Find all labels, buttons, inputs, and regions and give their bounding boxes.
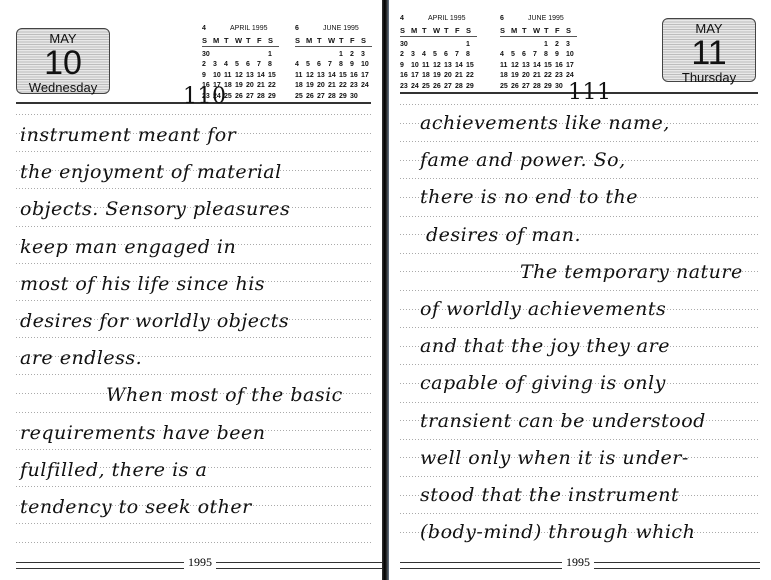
calendar-day: 7: [328, 60, 339, 71]
calendar-day: 28: [455, 81, 466, 92]
handwritten-line: there is no end to the: [420, 186, 638, 208]
calendar-day: [246, 47, 257, 60]
calendar-week: 45678910: [295, 60, 372, 71]
calendar-day: 13: [522, 60, 533, 71]
handwritten-line: transient can be understood: [420, 410, 706, 432]
handwritten-line: tendency to seek other: [20, 496, 252, 518]
calendar-day: [433, 37, 444, 50]
date-box-right: MAY 11 Thursday: [662, 18, 756, 82]
calendar-day: [444, 37, 455, 50]
handwritten-line: most of his life since his: [20, 273, 265, 295]
calendar-day: 7: [455, 50, 466, 61]
weekday-label: T: [224, 34, 235, 47]
handwritten-line: (body-mind) through which: [420, 521, 695, 543]
calendar-day: 11: [422, 60, 433, 71]
calendar-month-number: 6: [500, 15, 504, 22]
calendar-day: [500, 37, 511, 50]
calendar-day: 19: [511, 71, 522, 82]
weekday-label: T: [544, 24, 555, 37]
calendar-month-number: 6: [295, 25, 299, 32]
handwritten-line: desires of man.: [426, 224, 581, 246]
calendar-day: [328, 47, 339, 60]
calendar-day: 14: [455, 60, 466, 71]
calendar-title: JUNE 1995: [323, 25, 359, 32]
calendar-week: 9101112131415: [202, 70, 279, 81]
date-weekday: Wednesday: [17, 80, 109, 95]
calendar-day: [511, 37, 522, 50]
calendar-week: 16171819202122: [400, 71, 477, 82]
calendar-week: 9101112131415: [400, 60, 477, 71]
weekday-label: F: [455, 24, 466, 37]
calendar-day: 12: [235, 70, 246, 81]
calendar-week: 123: [295, 47, 372, 60]
calendar-day: [422, 37, 433, 50]
calendar-day: 3: [213, 60, 224, 71]
calendar-day: [361, 91, 372, 102]
calendar-day: 5: [306, 60, 317, 71]
calendar-day: 11: [295, 70, 306, 81]
dotted-rule: [400, 141, 758, 142]
weekday-label: S: [361, 34, 372, 47]
calendar-day: [411, 37, 422, 50]
calendar-day: 15: [268, 70, 279, 81]
mini-calendar-june: 6JUNE 1995SMTWTFS12345678910111213141516…: [295, 25, 372, 102]
calendar-week: 45678910: [500, 50, 577, 61]
calendar-header: 4APRIL 1995: [202, 25, 279, 34]
calendar-day: 27: [522, 81, 533, 92]
weekday-label: W: [533, 24, 544, 37]
calendar-day: 3: [361, 47, 372, 60]
calendar-day: 20: [522, 71, 533, 82]
weekday-label: T: [246, 34, 257, 47]
weekday-label: M: [411, 24, 422, 37]
calendar-day: 29: [268, 91, 279, 102]
handwritten-line: and that the joy they are: [420, 335, 670, 357]
calendar-title: APRIL 1995: [428, 15, 466, 22]
calendar-week: 2345678: [202, 60, 279, 71]
calendar-day: 17: [411, 71, 422, 82]
calendar-day: 10: [213, 70, 224, 81]
calendar-day: 19: [306, 81, 317, 92]
calendar-day: 9: [555, 50, 566, 61]
calendar-day: 19: [433, 71, 444, 82]
calendar-day: 6: [522, 50, 533, 61]
calendar-day: 12: [511, 60, 522, 71]
book-spine: [382, 0, 389, 580]
calendar-title: APRIL 1995: [230, 25, 268, 32]
calendar-day: 5: [511, 50, 522, 61]
calendar-day: 24: [411, 81, 422, 92]
dotted-rule: [400, 402, 758, 403]
handwritten-line: capable of giving is only: [420, 372, 666, 394]
calendar-day: 18: [500, 71, 511, 82]
weekday-label: S: [566, 24, 577, 37]
weekday-label: M: [306, 34, 317, 47]
calendar-day: 14: [328, 70, 339, 81]
calendar-day: 3: [411, 50, 422, 61]
calendar-day: 1: [339, 47, 350, 60]
calendar-day: 25: [500, 81, 511, 92]
calendar-day: [295, 47, 306, 60]
calendar-day: 21: [533, 71, 544, 82]
calendar-day: 14: [533, 60, 544, 71]
calendar-day: 11: [224, 70, 235, 81]
calendar-day: 1: [268, 47, 279, 60]
calendar-week: 23242526272829: [400, 81, 477, 92]
dotted-rule: [16, 486, 371, 487]
calendar-day: 9: [350, 60, 361, 71]
calendar-day: 8: [544, 50, 555, 61]
calendar-day: 29: [466, 81, 477, 92]
handwritten-line: fame and power. So,: [420, 149, 626, 171]
calendar-header: 6JUNE 1995: [500, 15, 577, 24]
calendar-day: 15: [544, 60, 555, 71]
dotted-rule: [16, 374, 371, 375]
weekday-label: F: [350, 34, 361, 47]
calendar-day: 21: [328, 81, 339, 92]
calendar-day: 13: [317, 70, 328, 81]
calendar-day: 2: [555, 37, 566, 50]
weekday-label: T: [339, 34, 350, 47]
calendar-day: 4: [224, 60, 235, 71]
calendar-day: 26: [306, 91, 317, 102]
dotted-rule: [16, 337, 371, 338]
calendar-day: 6: [246, 60, 257, 71]
calendar-day: [317, 47, 328, 60]
calendar-day: 17: [361, 70, 372, 81]
dotted-rule: [16, 114, 371, 115]
handwritten-line: desires for worldly objects: [20, 310, 289, 332]
weekday-label: S: [466, 24, 477, 37]
calendar-day: 7: [533, 50, 544, 61]
dotted-rule: [400, 327, 758, 328]
calendar-week: 2345678: [400, 50, 477, 61]
calendar-day: [213, 47, 224, 60]
calendar-day: 22: [268, 81, 279, 92]
calendar-day: 6: [317, 60, 328, 71]
calendar-day: 10: [411, 60, 422, 71]
handwritten-line: are endless.: [20, 347, 142, 369]
dotted-rule: [16, 300, 371, 301]
calendar-title: JUNE 1995: [528, 15, 564, 22]
weekday-label: T: [317, 34, 328, 47]
calendar-day: 4: [422, 50, 433, 61]
calendar-month-number: 4: [202, 25, 206, 32]
dotted-rule: [16, 449, 371, 450]
calendar-day: 16: [350, 70, 361, 81]
calendar-day: 8: [339, 60, 350, 71]
calendar-day: 17: [566, 60, 577, 71]
calendar-week: 18192021222324: [295, 81, 372, 92]
weekday-label: S: [202, 34, 213, 47]
calendar-day: 22: [339, 81, 350, 92]
weekday-label: T: [444, 24, 455, 37]
calendar-day: 26: [235, 91, 246, 102]
calendar-day: 10: [361, 60, 372, 71]
calendar-week: 123: [500, 37, 577, 50]
dotted-rule: [16, 188, 371, 189]
dotted-rule: [16, 151, 371, 152]
calendar-day: 21: [455, 71, 466, 82]
diary-page-left: MAY 10 Wednesday 4APRIL 1995SMTWTFS30123…: [0, 0, 384, 580]
calendar-day: 15: [466, 60, 477, 71]
calendar-day: 23: [555, 71, 566, 82]
calendar-day: 18: [295, 81, 306, 92]
calendar-day: 24: [361, 81, 372, 92]
page-footer: 1995: [400, 555, 760, 575]
calendar-day: 26: [511, 81, 522, 92]
calendar-day: 29: [339, 91, 350, 102]
calendar-day: 9: [202, 70, 213, 81]
date-day: 11: [663, 36, 755, 70]
calendar-day: 2: [350, 47, 361, 60]
calendar-grid: SMTWTFS123456789101112131415161718192021…: [500, 24, 577, 92]
calendar-day: 11: [500, 60, 511, 71]
calendar-day: [533, 37, 544, 50]
calendar-day: 15: [339, 70, 350, 81]
calendar-week: 252627282930: [295, 91, 372, 102]
calendar-day: 13: [246, 70, 257, 81]
handwritten-line: objects. Sensory pleasures: [20, 198, 290, 220]
handwritten-line: When most of the basic: [106, 384, 343, 406]
calendar-header: 4APRIL 1995: [400, 15, 477, 24]
calendar-week: 252627282930: [500, 81, 577, 92]
dotted-rule: [16, 412, 371, 413]
calendar-week: 11121314151617: [295, 70, 372, 81]
calendar-day: [235, 47, 246, 60]
calendar-day: 2: [400, 50, 411, 61]
dotted-rule: [400, 439, 758, 440]
dotted-rule: [16, 263, 371, 264]
calendar-day: 25: [422, 81, 433, 92]
weekday-label: S: [268, 34, 279, 47]
calendar-day: [224, 47, 235, 60]
calendar-day: 16: [555, 60, 566, 71]
calendar-week: 11121314151617: [500, 60, 577, 71]
handwritten-line: fulfilled, there is a: [20, 459, 207, 481]
dotted-rule: [16, 523, 371, 524]
calendar-grid: SMTWTFS123456789101112131415161718192021…: [295, 34, 372, 102]
weekday-label: W: [328, 34, 339, 47]
calendar-week: 301: [400, 37, 477, 50]
calendar-day: 12: [433, 60, 444, 71]
calendar-day: 5: [235, 60, 246, 71]
calendar-day: 8: [466, 50, 477, 61]
dotted-rule: [400, 364, 758, 365]
calendar-day: [522, 37, 533, 50]
handwritten-line: The temporary nature: [520, 261, 743, 283]
calendar-day: 20: [444, 71, 455, 82]
calendar-day: 29: [544, 81, 555, 92]
handwritten-line: instrument meant for: [20, 124, 236, 146]
handwritten-line: the enjoyment of material: [20, 161, 282, 183]
calendar-day: 30: [350, 91, 361, 102]
calendar-day: 5: [433, 50, 444, 61]
calendar-day: 20: [246, 81, 257, 92]
handwritten-line: stood that the instrument: [420, 484, 679, 506]
dotted-rule: [400, 216, 758, 217]
weekday-label: S: [500, 24, 511, 37]
calendar-day: [257, 47, 268, 60]
weekday-label: T: [422, 24, 433, 37]
calendar-week: 18192021222324: [500, 71, 577, 82]
weekday-label: M: [213, 34, 224, 47]
calendar-day: 8: [268, 60, 279, 71]
calendar-day: 28: [533, 81, 544, 92]
weekday-label: M: [511, 24, 522, 37]
calendar-day: 27: [246, 91, 257, 102]
calendar-day: 2: [202, 60, 213, 71]
handwritten-line: achievements like name,: [420, 112, 670, 134]
page-number-handwritten: 111: [568, 80, 612, 105]
handwritten-line: requirements have been: [20, 422, 266, 444]
date-weekday: Thursday: [663, 70, 755, 85]
calendar-header: 6JUNE 1995: [295, 25, 372, 34]
mini-calendar-april: 4APRIL 1995SMTWTFS3012345678910111213141…: [400, 15, 477, 92]
weekday-label: F: [555, 24, 566, 37]
handwritten-line: of worldly achievements: [420, 298, 666, 320]
calendar-day: 20: [317, 81, 328, 92]
calendar-day: 10: [566, 50, 577, 61]
calendar-day: 14: [257, 70, 268, 81]
calendar-day: 9: [400, 60, 411, 71]
calendar-day: 6: [444, 50, 455, 61]
calendar-day: 12: [306, 70, 317, 81]
mini-calendar-june: 6JUNE 1995SMTWTFS12345678910111213141516…: [500, 15, 577, 92]
calendar-day: 7: [257, 60, 268, 71]
dotted-rule: [400, 253, 758, 254]
dotted-rule: [400, 104, 758, 105]
calendar-day: 22: [544, 71, 555, 82]
dotted-rule: [16, 226, 371, 227]
weekday-label: S: [400, 24, 411, 37]
handwritten-line: keep man engaged in: [20, 236, 236, 258]
dotted-rule: [400, 178, 758, 179]
weekday-label: W: [235, 34, 246, 47]
calendar-day: 23: [400, 81, 411, 92]
calendar-day: 18: [422, 71, 433, 82]
footer-year: 1995: [184, 555, 216, 570]
dotted-rule: [400, 513, 758, 514]
page-footer: 1995: [16, 555, 382, 575]
calendar-day: 13: [444, 60, 455, 71]
calendar-day: 3: [566, 37, 577, 50]
weekday-label: F: [257, 34, 268, 47]
calendar-day: [306, 47, 317, 60]
calendar-day: 30: [202, 47, 213, 60]
calendar-day: 21: [257, 81, 268, 92]
footer-year: 1995: [562, 555, 594, 570]
calendar-day: 19: [235, 81, 246, 92]
dotted-rule: [400, 290, 758, 291]
calendar-week: 301: [202, 47, 279, 60]
page-number-handwritten: 110: [183, 84, 227, 109]
calendar-day: 27: [317, 91, 328, 102]
calendar-day: 22: [466, 71, 477, 82]
calendar-day: 30: [400, 37, 411, 50]
calendar-grid: SMTWTFS301234567891011121314151617181920…: [400, 24, 477, 92]
weekday-label: S: [295, 34, 306, 47]
diary-page-right: 4APRIL 1995SMTWTFS3012345678910111213141…: [390, 0, 771, 580]
calendar-day: 1: [466, 37, 477, 50]
calendar-day: 28: [328, 91, 339, 102]
handwritten-line: well only when it is under-: [420, 447, 689, 469]
calendar-day: 16: [400, 71, 411, 82]
calendar-day: 23: [350, 81, 361, 92]
calendar-day: 4: [295, 60, 306, 71]
calendar-day: 27: [444, 81, 455, 92]
calendar-day: 4: [500, 50, 511, 61]
weekday-label: T: [522, 24, 533, 37]
calendar-day: 26: [433, 81, 444, 92]
date-day: 10: [17, 46, 109, 80]
calendar-month-number: 4: [400, 15, 404, 22]
calendar-day: 30: [555, 81, 566, 92]
dotted-rule: [16, 542, 371, 543]
weekday-label: W: [433, 24, 444, 37]
dotted-rule: [400, 476, 758, 477]
date-box-left: MAY 10 Wednesday: [16, 28, 110, 94]
calendar-day: 28: [257, 91, 268, 102]
calendar-day: 1: [544, 37, 555, 50]
calendar-day: 25: [295, 91, 306, 102]
calendar-day: [455, 37, 466, 50]
